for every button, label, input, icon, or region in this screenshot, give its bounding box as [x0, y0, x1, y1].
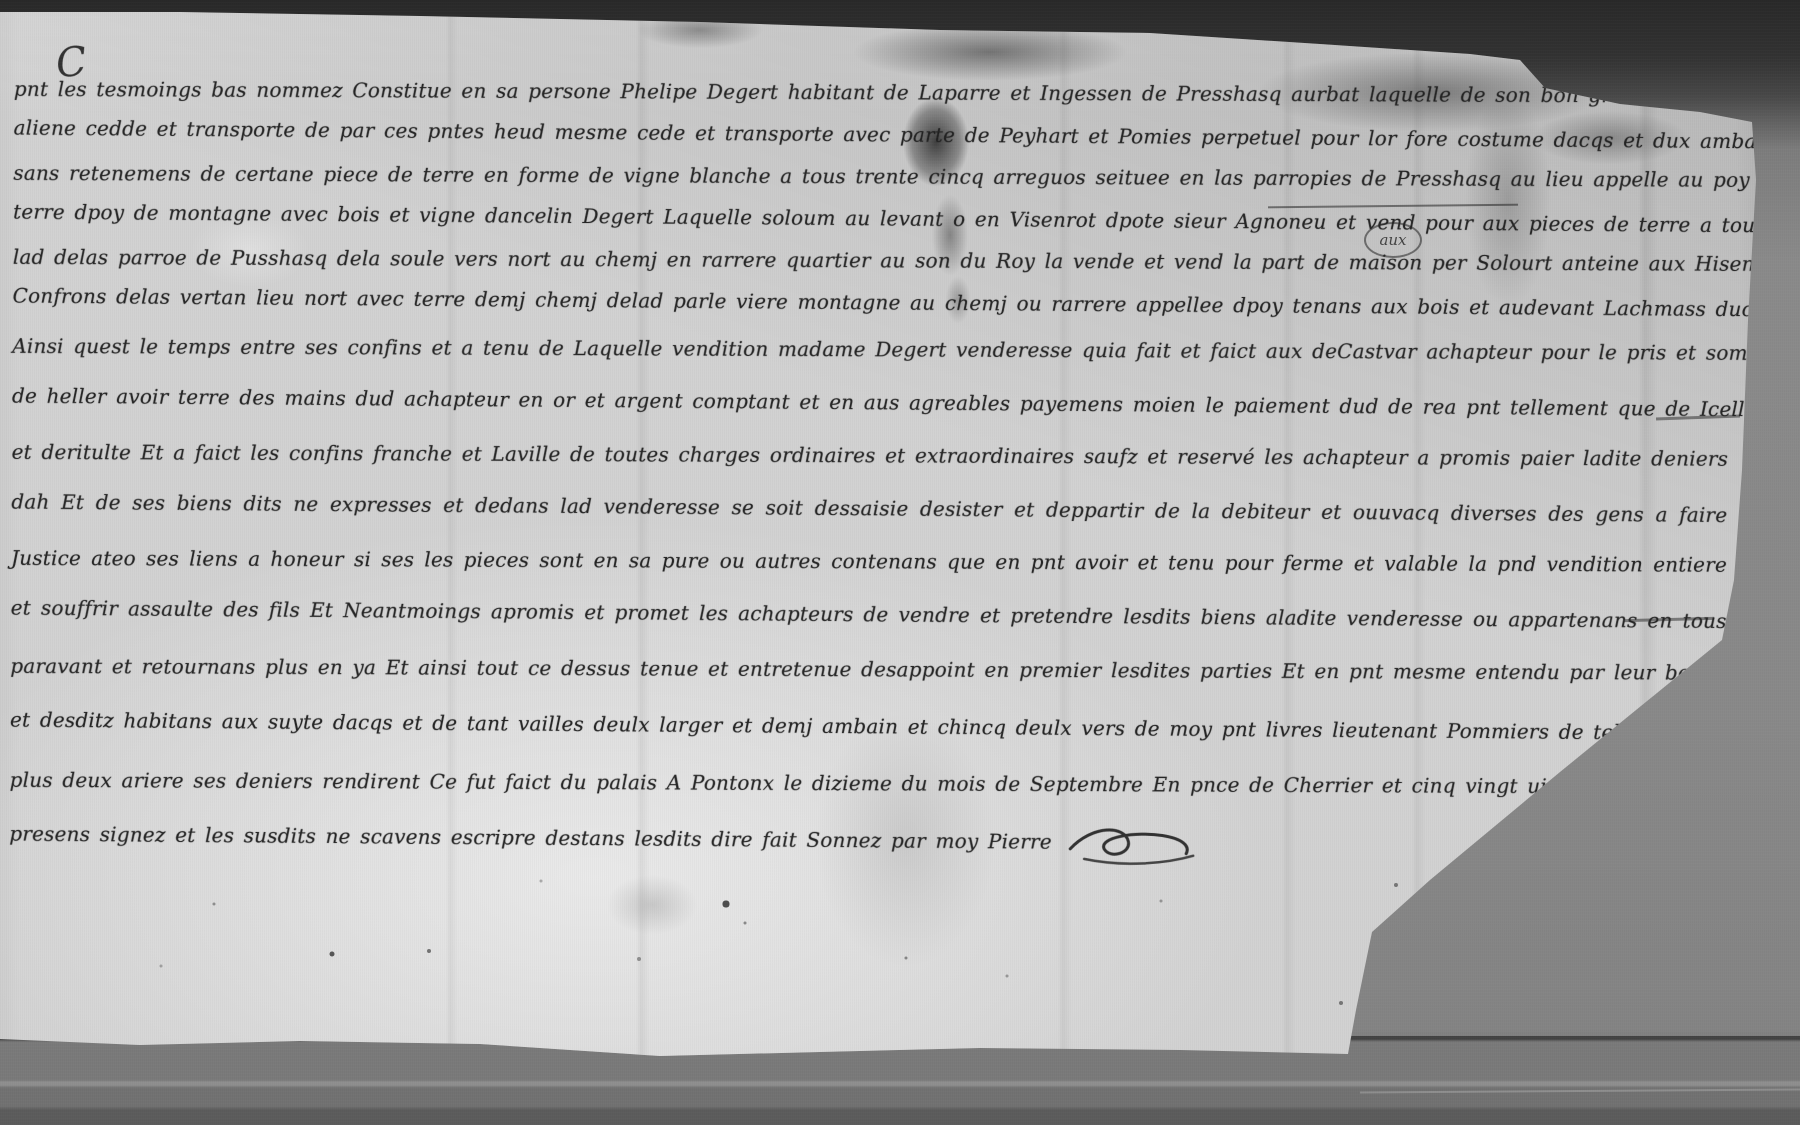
manuscript-line-13: paravant et retournans plus en ya Et ain… — [10, 638, 1726, 702]
notary-paraph-flourish — [1066, 820, 1196, 867]
ink-specks — [0, 0, 2, 2]
circled-word-annotation: aux — [1364, 222, 1422, 258]
manuscript-line-15: plus deux ariere ses deniers rendirent C… — [10, 752, 1726, 816]
parchment-sheet: C pnt les tesmoings bas nommez Constitue… — [0, 0, 1800, 1125]
photo-of-manuscript: C pnt les tesmoings bas nommez Constitue… — [0, 0, 1800, 1125]
manuscript-line-14: et desditz habitans aux suyte dacqs et d… — [10, 691, 1726, 761]
manuscript-line-16: presens signez et les susdits ne scavens… — [9, 805, 1725, 875]
manuscript-text-block: pnt les tesmoings bas nommez Constitue e… — [9, 66, 1730, 874]
